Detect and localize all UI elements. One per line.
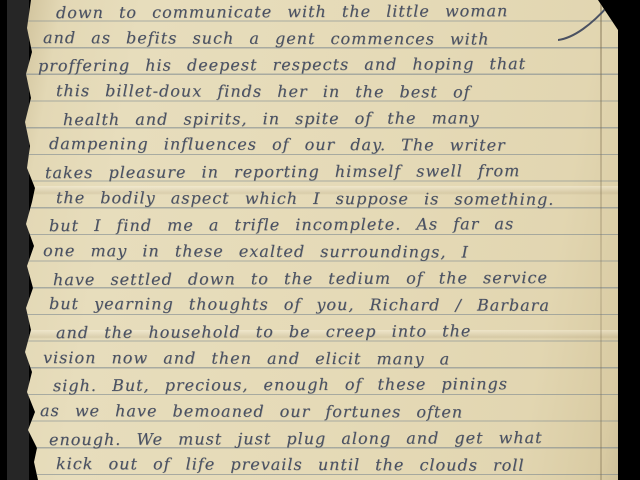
- letter-page: down to communicate with the little woma…: [22, 0, 618, 480]
- handwritten-line: have settled down to the tedium of the s…: [22, 265, 618, 294]
- handwritten-line: takes pleasure in reporting himself swel…: [22, 159, 618, 188]
- handwritten-line: as we have bemoaned our fortunes often: [22, 399, 618, 428]
- scan-background: down to communicate with the little woma…: [0, 0, 640, 480]
- handwritten-line: and the household to be creep into the: [22, 319, 618, 348]
- handwritten-line: kick out of life prevails until the clou…: [22, 452, 618, 480]
- handwritten-line: sigh. But, precious, enough of these pin…: [22, 372, 618, 401]
- handwritten-line: the bodily aspect which I suppose is som…: [22, 186, 618, 215]
- handwritten-line: dampening influences of our day. The wri…: [22, 132, 618, 161]
- handwritten-line: one may in these exalted surroundings, I: [22, 239, 618, 268]
- handwritten-line: this billet-doux finds her in the best o…: [22, 79, 618, 108]
- handwritten-line: but yearning thoughts of you, Richard / …: [22, 292, 618, 321]
- handwritten-line: health and spirits, in spite of the many: [22, 105, 618, 134]
- scanner-edge-shadow: [7, 0, 29, 480]
- handwritten-text-block: down to communicate with the little woma…: [22, 0, 618, 480]
- handwritten-line: vision now and then and elicit many a: [22, 345, 618, 374]
- handwritten-line: and as befits such a gent commences with: [22, 26, 618, 55]
- handwritten-line: but I find me a trifle incomplete. As fa…: [22, 212, 618, 241]
- handwritten-line: proffering his deepest respects and hopi…: [22, 52, 618, 81]
- handwritten-line: down to communicate with the little woma…: [22, 0, 618, 28]
- handwritten-line: enough. We must just plug along and get …: [22, 425, 618, 454]
